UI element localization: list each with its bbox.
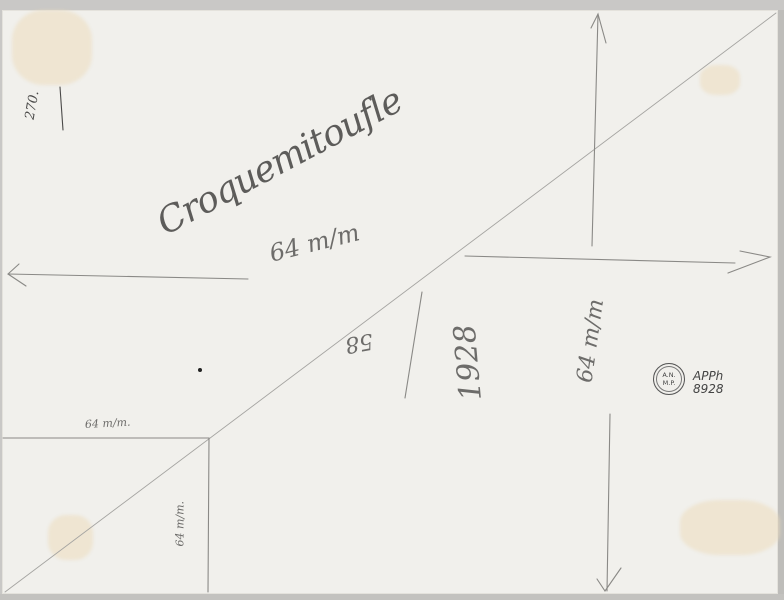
up-arrowhead (591, 14, 606, 43)
left-arrow-line (8, 274, 248, 279)
box-right-line (208, 438, 209, 592)
box-dimension-horizontal: 64 m/m. (85, 416, 131, 431)
stamp-line-2: M.P. (663, 379, 676, 387)
pencil-dot (198, 368, 202, 372)
top-vertical-line (592, 14, 598, 246)
inventory-line-2: 8928 (693, 383, 724, 396)
archive-stamp: A.N. M.P. (653, 363, 685, 395)
left-arrowhead (8, 264, 26, 286)
bottom-vertical-line (607, 414, 610, 591)
right-arrowhead (728, 251, 770, 273)
figure-upside-down: 58 (343, 328, 375, 357)
figure-rotated: 1928 (447, 323, 489, 402)
down-arrowhead (597, 568, 621, 591)
separator-stroke (405, 292, 422, 398)
inventory-number: APPh 8928 (693, 370, 724, 396)
stamp-line-1: A.N. (662, 371, 675, 379)
reference-underline (60, 87, 63, 130)
box-dimension-vertical: 64 m/m. (174, 501, 187, 547)
right-arrow-line (465, 256, 735, 263)
